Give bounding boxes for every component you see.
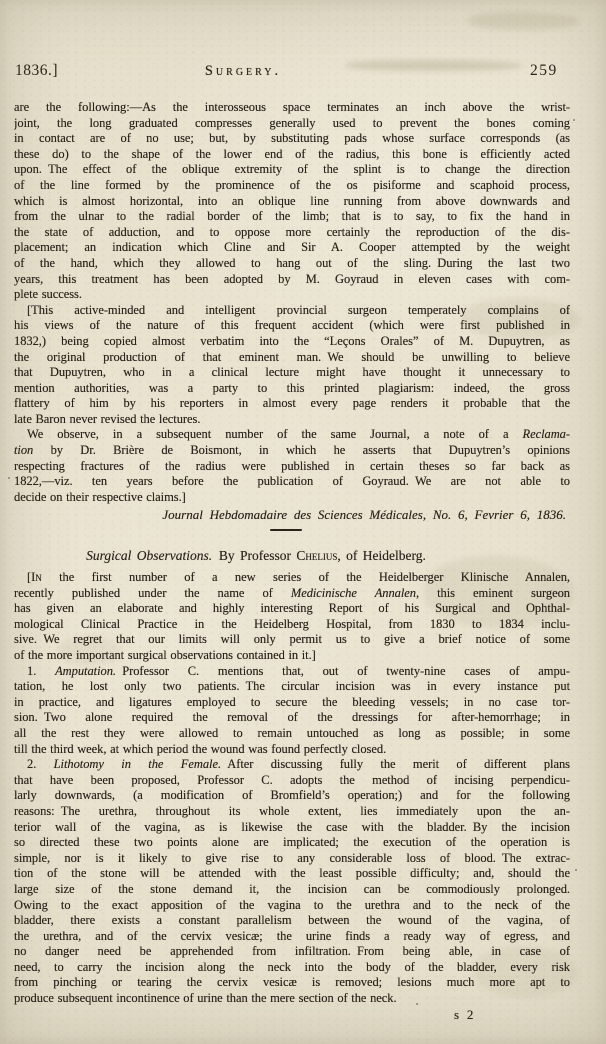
text-line: decide on their respective claims.] xyxy=(14,490,570,506)
text-segment: sion. Two alone required the removal of … xyxy=(14,710,570,724)
text-line: recently published under the name of Med… xyxy=(14,586,570,602)
paragraph: 2. Lithotomy in the Female. After discus… xyxy=(14,757,570,1007)
text-segment: are the following:—As the interosseous s… xyxy=(14,100,570,114)
text-segment: these do) to the shape of the lower end … xyxy=(14,147,570,161)
text-segment: mention authorities, was a party to this… xyxy=(14,381,570,395)
text-line: joint, the long graduated compresses gen… xyxy=(14,116,570,132)
text-line: 1832,) being copied almost verbatim into… xyxy=(14,334,570,350)
text-line: in practice, and ligatures employed to s… xyxy=(14,695,570,711)
citation-line: Journal Hebdomadaire des Sciences Médica… xyxy=(14,507,570,523)
text-segment: so directed these two points alone are i… xyxy=(14,835,570,849)
text-segment: 2. xyxy=(27,757,54,771)
show-through-smudge xyxy=(345,60,523,71)
text-segment: Surgical Observations. xyxy=(86,548,212,563)
text-segment: [This active-minded and intelligent prov… xyxy=(27,303,570,317)
text-line: placement; an indication which Cline and… xyxy=(14,240,570,256)
text-line: that have been proposed, Professor C. ad… xyxy=(14,773,570,789)
text-line: reasons: The urethra, throughout its who… xyxy=(14,804,570,820)
text-segment: recently published under the name of xyxy=(14,586,291,600)
text-segment: till the third week, at which period the… xyxy=(14,742,386,756)
text-segment: After discussing fully the merit of diff… xyxy=(221,757,570,771)
text-segment: has given an elaborate and highly intere… xyxy=(14,601,570,615)
text-line: We observe, in a subsequent number of th… xyxy=(14,427,570,443)
ink-speck xyxy=(573,119,575,121)
text-line: from the ulnar to the radial border of t… xyxy=(14,209,570,225)
text-line: upon. The effect of the oblique extremit… xyxy=(14,162,570,178)
text-segment: flattery of him by his reporters in almo… xyxy=(14,396,570,410)
text-segment: the original production of that eminent … xyxy=(14,350,570,364)
text-segment: joint, the long graduated compresses gen… xyxy=(14,116,570,130)
text-segment: 1822,—viz. ten years before the publicat… xyxy=(14,474,570,488)
text-segment: all the rest they were allowed to remain… xyxy=(14,726,570,740)
text-line: respecting fractures of the radius were … xyxy=(14,459,570,475)
text-segment: decide on their respective claims.] xyxy=(14,490,186,504)
text-segment: 1. xyxy=(27,664,55,678)
text-segment: that Dupuytren, who in a clinical lectur… xyxy=(14,365,570,379)
text-line: 2. Lithotomy in the Female. After discus… xyxy=(14,757,570,773)
text-segment: Chelius xyxy=(296,548,337,563)
section-heading: Surgical Observations. By Professor Chel… xyxy=(0,547,534,564)
text-line: mention authorities, was a party to this… xyxy=(14,381,570,397)
text-segment: 1832,) being copied almost verbatim into… xyxy=(14,334,570,348)
text-segment: of the hand, which they allowed to hang … xyxy=(14,256,570,270)
text-line: sion. Two alone required the removal of … xyxy=(14,710,570,726)
text-line: from pinching or tearing the cervix vesi… xyxy=(14,975,570,991)
text-segment: reasons: The urethra, throughout its who… xyxy=(14,804,570,818)
text-line: mological Clinical Practice in the Heide… xyxy=(14,617,570,633)
text-segment: larly downwards, (a modification of Brom… xyxy=(14,788,570,802)
text-line: tion of the stone will be attended with … xyxy=(14,866,570,882)
text-segment: the first number of a new series of the … xyxy=(42,570,570,584)
text-line: which is almost horizontal, into an obli… xyxy=(14,194,570,210)
text-segment: Professor C. mentions that, out of twent… xyxy=(116,664,570,678)
text-segment: mological Clinical Practice in the Heide… xyxy=(14,617,570,631)
text-segment: of the line formed by the prominence of … xyxy=(14,178,570,192)
text-line: that Dupuytren, who in a clinical lectur… xyxy=(14,365,570,381)
text-line: [This active-minded and intelligent prov… xyxy=(14,303,570,319)
text-segment: his views of the nature of this frequent… xyxy=(14,318,570,332)
text-line: till the third week, at which period the… xyxy=(14,742,570,758)
text-line: of the hand, which they allowed to hang … xyxy=(14,256,570,272)
text-segment: the urethra, and of the cervix vesicæ; t… xyxy=(14,929,570,943)
text-line: [In the first number of a new series of … xyxy=(14,570,570,586)
scanned-book-page: { "colors": { "paper": "#e5dfcb", "ink":… xyxy=(0,0,606,1044)
text-line: produce subsequent incontinence of urine… xyxy=(14,991,570,1007)
text-segment: the state of adduction, and to oppose mo… xyxy=(14,225,570,239)
text-line: flattery of him by his reporters in almo… xyxy=(14,396,570,412)
running-header-title: Surgery. xyxy=(205,63,281,80)
text-line: tation, he lost only two patients. The c… xyxy=(14,679,570,695)
text-line: the state of adduction, and to oppose mo… xyxy=(14,225,570,241)
running-header-year: 1836.] xyxy=(15,62,58,80)
section-divider-rule xyxy=(270,529,302,531)
text-line: no danger need be apprehended from infil… xyxy=(14,944,570,960)
text-segment: sive. We regret that our limits will onl… xyxy=(14,632,570,646)
running-header-page-number: 259 xyxy=(530,62,558,80)
text-line: larly downwards, (a modification of Brom… xyxy=(14,788,570,804)
text-segment: from pinching or tearing the cervix vesi… xyxy=(14,975,570,989)
text-segment: tation, he lost only two patients. The c… xyxy=(14,679,570,693)
text-segment: plete success. xyxy=(14,287,82,301)
page-paper: 1836.] Surgery. 259 are the following:—A… xyxy=(0,0,606,1044)
text-line: of the more important surgical observati… xyxy=(14,648,570,664)
text-segment: produce subsequent incontinence of urine… xyxy=(14,991,397,1005)
text-line: are the following:—As the interosseous s… xyxy=(14,100,570,116)
text-segment: We observe, in a subsequent number of th… xyxy=(27,427,523,441)
text-line: 1822,—viz. ten years before the publicat… xyxy=(14,474,570,490)
text-line: of the line formed by the prominence of … xyxy=(14,178,570,194)
text-segment: placement; an indication which Cline and… xyxy=(14,240,570,254)
text-segment: need, to carry the incision along the ne… xyxy=(14,960,570,974)
text-line: these do) to the shape of the lower end … xyxy=(14,147,570,163)
text-segment: terior wall of the vagina, as is likewis… xyxy=(14,820,570,834)
text-segment: which is almost horizontal, into an obli… xyxy=(14,194,570,208)
text-segment: Journal Hebdomadaire des Sciences Médica… xyxy=(162,507,566,522)
text-line: 1. Amputation. Professor C. mentions tha… xyxy=(14,664,570,680)
text-segment: that have been proposed, Professor C. ad… xyxy=(14,773,570,787)
text-line: terior wall of the vagina, as is likewis… xyxy=(14,820,570,836)
text-segment: Lithotomy in the Female. xyxy=(54,757,221,771)
show-through-smudge xyxy=(468,12,580,30)
text-segment: respecting fractures of the radius were … xyxy=(14,459,570,473)
text-line: has given an elaborate and highly intere… xyxy=(14,601,570,617)
text-segment: Owing to the exact apposition of the vag… xyxy=(14,898,570,912)
text-segment: , of Heidelberg. xyxy=(337,548,425,563)
text-line: plete success. xyxy=(14,287,570,303)
text-line: simple, nor is it likely to give rise to… xyxy=(14,851,570,867)
text-line: the original production of that eminent … xyxy=(14,350,570,366)
text-segment: in contact are of no use; but, by substi… xyxy=(14,131,570,145)
text-line: all the rest they were allowed to remain… xyxy=(14,726,570,742)
text-line: Owing to the exact apposition of the vag… xyxy=(14,898,570,914)
text-segment: from the ulnar to the radial border of t… xyxy=(14,209,570,223)
text-segment: by Dr. Brière de Boismont, in which he a… xyxy=(33,443,570,457)
text-line: his views of the nature of this frequent… xyxy=(14,318,570,334)
text-segment: large size of the stone demand it, the i… xyxy=(14,882,570,896)
text-segment: late Baron never revised the lectures. xyxy=(14,412,200,426)
text-segment: tion xyxy=(14,443,33,457)
text-segment: in practice, and ligatures employed to s… xyxy=(14,695,570,709)
text-line: the urethra, and of the cervix vesicæ; t… xyxy=(14,929,570,945)
paragraph: [In the first number of a new series of … xyxy=(14,570,570,664)
text-line: bladder, there exists a constant paralle… xyxy=(14,913,570,929)
text-segment: of the more important surgical observati… xyxy=(14,648,316,662)
paragraph: are the following:—As the interosseous s… xyxy=(14,100,570,303)
text-segment: years, this treatment has been adopted b… xyxy=(14,272,570,286)
text-segment: upon. The effect of the oblique extremit… xyxy=(14,162,570,176)
text-line: late Baron never revised the lectures. xyxy=(14,412,570,428)
text-segment: Medicinische Annalen xyxy=(291,586,416,600)
text-line: tion by Dr. Brière de Boismont, in which… xyxy=(14,443,570,459)
text-segment: By Professor xyxy=(212,548,296,563)
text-line: so directed these two points alone are i… xyxy=(14,835,570,851)
text-segment: bladder, there exists a constant paralle… xyxy=(14,913,570,927)
text-segment: tion of the stone will be attended with … xyxy=(14,866,570,880)
text-line: sive. We regret that our limits will onl… xyxy=(14,632,570,648)
text-segment: Amputation. xyxy=(55,664,116,678)
text-segment: [In xyxy=(27,570,42,584)
page-text-column: are the following:—As the interosseous s… xyxy=(14,100,570,1022)
text-segment: Reclama- xyxy=(523,427,571,441)
text-line: need, to carry the incision along the ne… xyxy=(14,960,570,976)
ink-speck xyxy=(8,477,10,479)
text-line: in contact are of no use; but, by substi… xyxy=(14,131,570,147)
printers-signature-mark: s 2 xyxy=(14,1007,570,1023)
paragraph: 1. Amputation. Professor C. mentions tha… xyxy=(14,664,570,758)
paragraph: We observe, in a subsequent number of th… xyxy=(14,427,570,505)
text-line: years, this treatment has been adopted b… xyxy=(14,272,570,288)
text-line: large size of the stone demand it, the i… xyxy=(14,882,570,898)
text-segment: no danger need be apprehended from infil… xyxy=(14,944,570,958)
text-segment: simple, nor is it likely to give rise to… xyxy=(14,851,570,865)
paragraph: [This active-minded and intelligent prov… xyxy=(14,303,570,428)
ink-speck xyxy=(575,869,577,871)
text-segment: , this eminent surgeon xyxy=(416,586,570,600)
